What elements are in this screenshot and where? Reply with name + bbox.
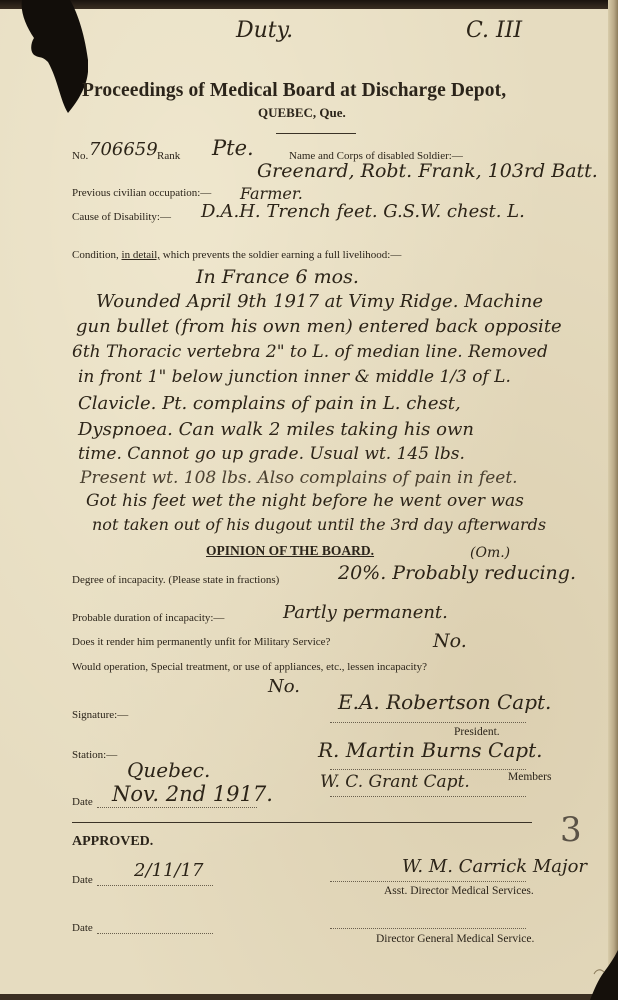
condition-line: Wounded April 9th 1917 at Vimy Ridge. Ma… [96, 291, 543, 312]
president-label: President. [454, 726, 500, 738]
degree-label: Degree of incapacity. (Please state in f… [72, 574, 279, 586]
president-signature-line [330, 722, 526, 723]
condition-line: gun bullet (from his own men) entered ba… [76, 316, 562, 337]
station-value: Quebec. [127, 758, 210, 782]
opinion-heading: OPINION OF THE BOARD. [206, 543, 374, 559]
member-signature-line [330, 796, 526, 797]
page-right-edge [608, 0, 618, 1000]
form-title: Proceedings of Medical Board at Discharg… [82, 80, 506, 102]
approved-heading: APPROVED. [72, 834, 153, 850]
name-corps-value: Greenard, Robt. Frank, 103rd Batt. [257, 160, 598, 182]
adms-label: Asst. Director Medical Services. [384, 885, 534, 897]
station-label: Station:— [72, 749, 117, 761]
condition-line: Dyspnoea. Can walk 2 miles taking his ow… [78, 419, 474, 440]
rank-label: Rank [157, 150, 180, 162]
dgms-label: Director General Medical Service. [376, 933, 534, 945]
page-top-edge [0, 0, 618, 9]
duration-label: Probable duration of incapacity:— [72, 612, 224, 624]
operation-question-label: Would operation, Special treatment, or u… [72, 661, 427, 673]
duration-value: Partly permanent. [283, 602, 448, 623]
unfit-answer: No. [433, 630, 467, 652]
page-bottom-edge [0, 994, 618, 1000]
dgms-date-label: Date [72, 922, 93, 934]
member-signature: R. Martin Burns Capt. [318, 738, 542, 762]
unfit-question-label: Does it render him permanently unfit for… [72, 636, 330, 648]
section-divider [72, 822, 532, 823]
condition-line: (Om.) [470, 545, 510, 561]
condition-label: Condition, in detail, which prevents the… [72, 249, 401, 261]
ink-stain-icon [18, 0, 88, 115]
occupation-label: Previous civilian occupation:— [72, 187, 211, 199]
cause-value: D.A.H. Trench feet. G.S.W. chest. L. [201, 201, 525, 222]
members-label: Members [508, 771, 551, 783]
dgms-signature-line [330, 928, 526, 929]
annotation-category: C. III [466, 18, 522, 43]
annotation-duty: Duty. [236, 18, 293, 43]
condition-line: Present wt. 108 lbs. Also complains of p… [80, 468, 518, 488]
service-number-label: No. [72, 150, 88, 162]
condition-line: not taken out of his dugout until the 3r… [92, 515, 546, 534]
condition-line: In France 6 mos. [196, 266, 359, 288]
condition-line: time. Cannot go up grade. Usual wt. 145 … [78, 444, 465, 464]
condition-line: 6th Thoracic vertebra 2" to L. of median… [72, 342, 548, 362]
form-location: QUEBEC, Que. [258, 105, 346, 121]
service-number-value: 706659 [89, 139, 158, 160]
degree-value: 20%. Probably reducing. [338, 562, 576, 584]
president-signature: E.A. Robertson Capt. [338, 690, 551, 714]
cause-label: Cause of Disability:— [72, 211, 171, 223]
condition-line: Clavicle. Pt. complains of pain in L. ch… [78, 393, 461, 414]
document-page: Duty. C. III Proceedings of Medical Boar… [0, 0, 618, 1000]
header-divider [276, 133, 356, 134]
margin-number: 3 [560, 810, 582, 850]
board-date-label: Date [72, 796, 93, 808]
approval-date-line [97, 885, 213, 886]
rank-value: Pte. [212, 136, 254, 160]
approval-date-label: Date [72, 874, 93, 886]
torn-corner-icon [584, 950, 618, 1000]
board-date-value: Nov. 2nd 1917. [112, 782, 273, 806]
board-date-line [97, 807, 257, 808]
condition-line: in front 1" below junction inner & middl… [78, 367, 511, 387]
signature-label: Signature:— [72, 709, 128, 721]
dgms-date-line [97, 933, 213, 934]
member-signature: W. C. Grant Capt. [320, 772, 470, 792]
condition-line: Got his feet wet the night before he wen… [86, 491, 524, 511]
approval-date-value: 2/11/17 [134, 860, 203, 881]
adms-signature-line [330, 881, 526, 882]
member-signature-line [330, 769, 526, 770]
adms-signature: W. M. Carrick Major [402, 856, 587, 877]
operation-answer: No. [268, 676, 300, 697]
